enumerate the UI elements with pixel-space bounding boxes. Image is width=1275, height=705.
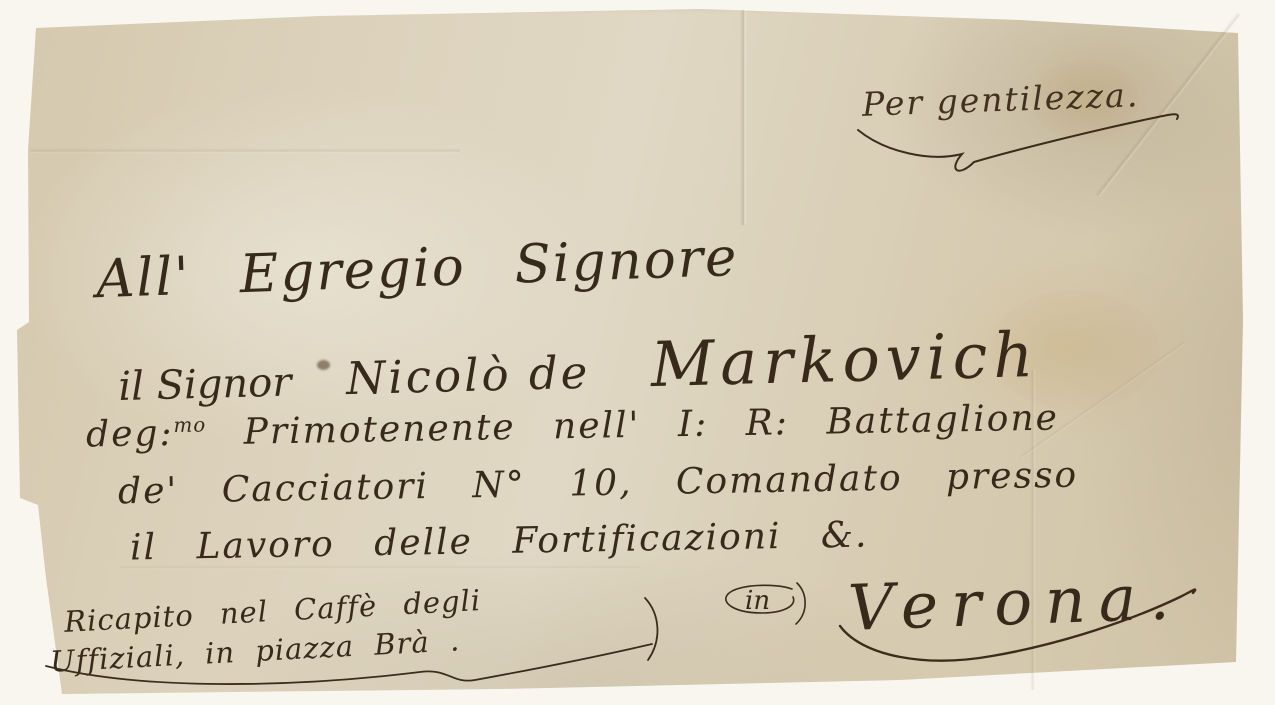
addressee-title: il Signor bbox=[118, 360, 292, 411]
letter-photo: Per gentilezza. All' Egregio Signore il … bbox=[0, 0, 1275, 705]
rank-abbreviation: deg: bbox=[86, 413, 174, 456]
preposition-in: in bbox=[745, 586, 770, 616]
rank-abbreviation-superscript: mo bbox=[173, 413, 206, 437]
addressee-surname: Markovich bbox=[650, 318, 1040, 401]
addressee-given-name: Nicolò de bbox=[345, 346, 591, 405]
destination-city: Verona. bbox=[847, 560, 1184, 645]
